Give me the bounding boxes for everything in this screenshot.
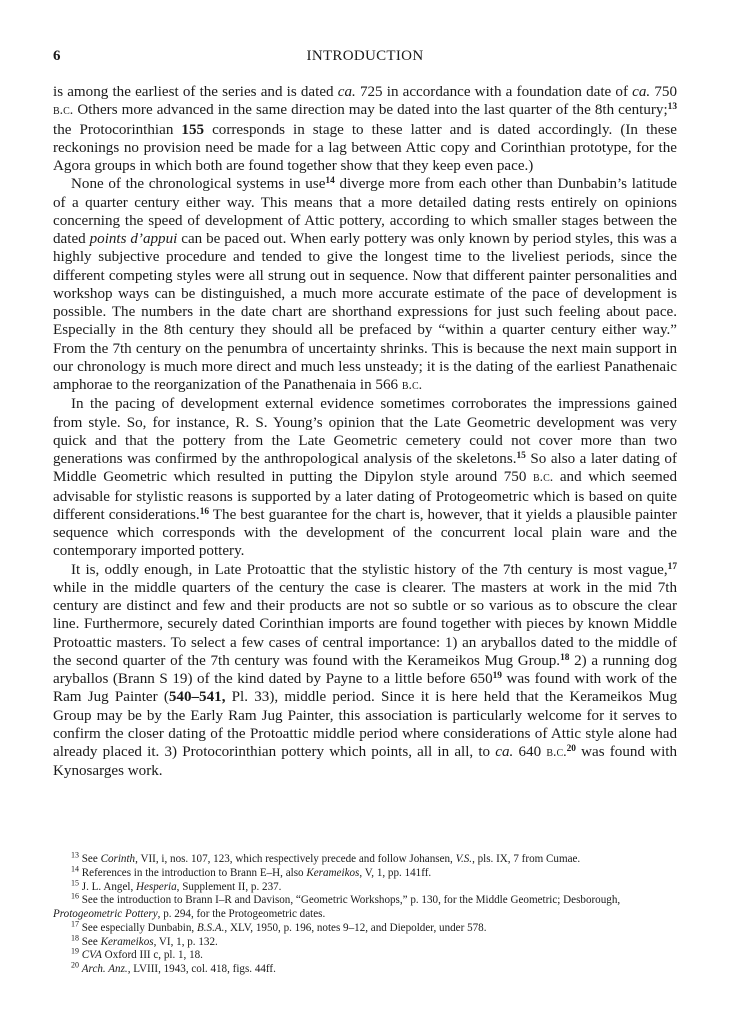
text-run: None of the chronological systems in use: [71, 176, 325, 192]
text-run: Oxford III c, pl. 1, 18.: [102, 949, 203, 961]
footnote: 17 See especially Dunbabin, B.S.A., XLV,…: [53, 922, 677, 936]
italic-text: ca.: [632, 84, 650, 100]
text-run: , VI, 1, p. 132.: [154, 936, 218, 948]
footnote-marker: 17: [668, 561, 677, 571]
chapter-title: INTRODUCTION: [53, 48, 677, 65]
footnote-marker: 13: [668, 102, 677, 112]
running-head: 6 INTRODUCTION: [53, 48, 677, 68]
text-run: , pls. IX, 7 from Cumae.: [472, 853, 580, 865]
text-run: , XLV, 1950, p. 196, notes 9–12, and Die…: [224, 922, 486, 934]
body-paragraph: None of the chronological systems in use…: [53, 175, 677, 395]
text-run: 725 in accordance with a foundation date…: [356, 84, 632, 100]
footnote: 14 References in the introduction to Bra…: [53, 867, 677, 881]
footnote-number: 20: [71, 961, 79, 970]
italic-text: Protogeometric Pottery: [53, 908, 158, 920]
text-run: , LVIII, 1943, col. 418, figs. 44ff.: [128, 963, 276, 975]
era-abbreviation: b.c.: [533, 470, 553, 485]
footnote-number: 19: [71, 947, 79, 956]
catalogue-reference: 155: [181, 122, 204, 138]
footnote-number: 16: [71, 892, 79, 901]
footnote-marker: 16: [200, 507, 209, 517]
text-run: , Supplement II, p. 237.: [177, 881, 282, 893]
italic-text: CVA: [82, 949, 102, 961]
era-abbreviation: b.c.: [402, 378, 422, 393]
italic-text: B.S.A.: [197, 922, 224, 934]
italic-text: points d’appui: [90, 231, 178, 247]
footnote-number: 18: [71, 933, 79, 942]
text-run: 750: [650, 84, 677, 100]
footnote-marker: 14: [325, 176, 334, 186]
text-run: See especially Dunbabin,: [82, 922, 197, 934]
text-run: is among the earliest of the series and …: [53, 84, 338, 100]
italic-text: Kerameikos: [306, 867, 359, 879]
text-run: It is, oddly enough, in Late Protoattic …: [71, 562, 668, 578]
footnote: 13 See Corinth, VII, i, nos. 107, 123, w…: [53, 853, 677, 867]
text-run: the Protocorinthian: [53, 122, 181, 138]
italic-text: Corinth: [101, 853, 136, 865]
body-paragraph: In the pacing of development external ev…: [53, 395, 677, 560]
italic-text: ca.: [338, 84, 356, 100]
body-text: is among the earliest of the series and …: [53, 83, 677, 781]
text-run: , p. 294, for the Protogeometric dates.: [158, 908, 326, 920]
text-run: See the introduction to Brann I–R and Da…: [82, 894, 620, 906]
body-paragraph: is among the earliest of the series and …: [53, 83, 677, 175]
body-paragraph: It is, oddly enough, in Late Protoattic …: [53, 561, 677, 781]
italic-text: Kerameikos: [101, 936, 154, 948]
footnote-number: 14: [71, 864, 79, 873]
footnote: 20 Arch. Anz., LVIII, 1943, col. 418, fi…: [53, 963, 677, 977]
italic-text: Hesperia: [136, 881, 177, 893]
text-run: can be paced out. When early pottery was…: [53, 231, 677, 393]
text-run: See: [82, 853, 101, 865]
footnote-number: 17: [71, 919, 79, 928]
italic-text: Arch. Anz.: [82, 963, 128, 975]
text-run: J. L. Angel,: [82, 881, 136, 893]
italic-text: V.S.: [456, 853, 472, 865]
text-run: See: [82, 936, 101, 948]
catalogue-reference: 540–541,: [169, 689, 226, 705]
footnote: 18 See Kerameikos, VI, 1, p. 132.: [53, 936, 677, 950]
footnote-marker: 19: [493, 671, 502, 681]
footnote: 19 CVA Oxford III c, pl. 1, 18.: [53, 949, 677, 963]
era-abbreviation: b.c.: [53, 103, 73, 118]
text-run: , V, 1, pp. 141ff.: [359, 867, 431, 879]
footnote-number: 15: [71, 878, 79, 887]
footnote-number: 13: [71, 851, 79, 860]
footnote-marker: 20: [567, 744, 576, 754]
footnote: 16 See the introduction to Brann I–R and…: [53, 894, 677, 922]
text-run: 640: [513, 744, 546, 760]
era-abbreviation: b.c.: [546, 745, 566, 760]
footnotes: 13 See Corinth, VII, i, nos. 107, 123, w…: [53, 853, 677, 977]
text-run: Others more advanced in the same directi…: [73, 102, 667, 118]
italic-text: ca.: [495, 744, 513, 760]
footnote: 15 J. L. Angel, Hesperia, Supplement II,…: [53, 881, 677, 895]
text-run: , VII, i, nos. 107, 123, which respectiv…: [135, 853, 456, 865]
footnote-marker: 15: [517, 451, 526, 461]
text-run: References in the introduction to Brann …: [82, 867, 307, 879]
